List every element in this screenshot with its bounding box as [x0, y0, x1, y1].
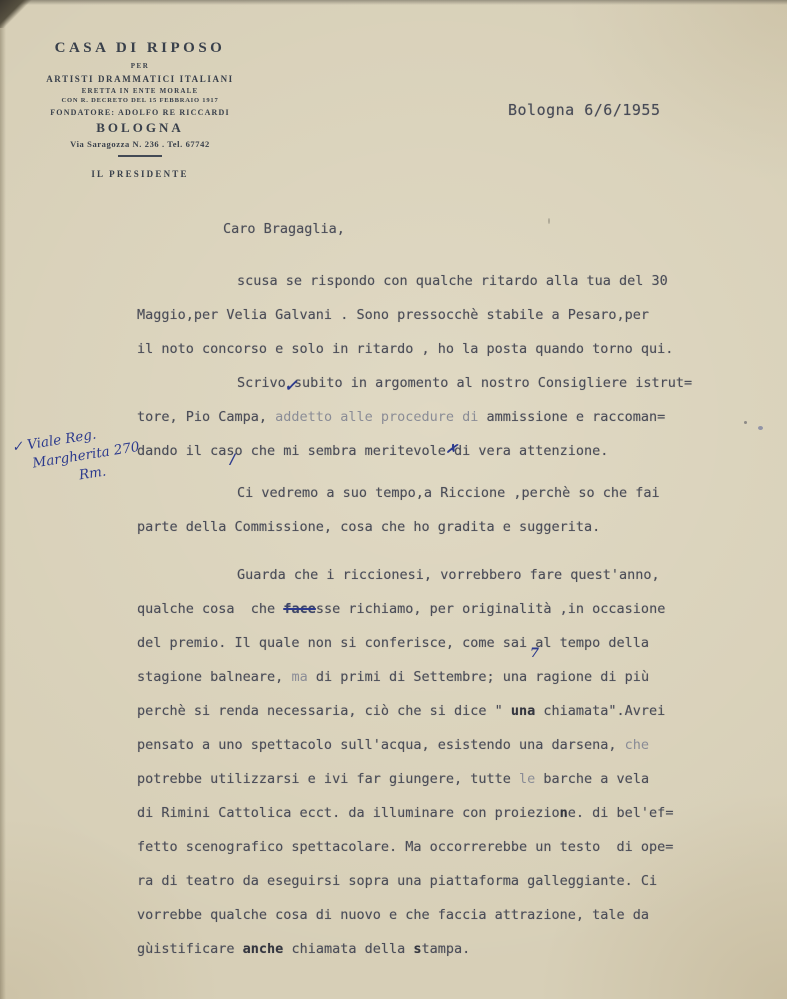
typewritten-line: tore, Pio Campa, addetto alle procedure … — [137, 400, 782, 434]
text-segment: ma — [291, 669, 307, 685]
letterhead-per: PER — [36, 62, 244, 70]
handwritten-insert-mark: ✓ — [284, 376, 297, 395]
typewritten-line: perchè si renda necessaria, ciò che si d… — [137, 694, 782, 728]
text-segment: il noto concorso e solo in ritardo , ho … — [137, 341, 673, 357]
letter-page: CASA DI RIPOSO PER ARTISTI DRAMMATICI IT… — [0, 0, 787, 999]
typewritten-line: stagione balneare, ma di primi di Settem… — [137, 660, 782, 694]
paragraph: Ci vedremo a suo tempo,a Riccione ,perch… — [137, 476, 782, 544]
typewritten-line: gùistificare anche chiamata della stampa… — [137, 932, 782, 966]
paragraph: scusa se rispondo con qualche ritardo al… — [137, 264, 782, 366]
salutation: Caro Bragaglia, — [137, 212, 782, 246]
handwritten-comma-mark: / — [230, 452, 235, 468]
text-segment: chiamata della — [283, 941, 413, 957]
text-segment: ammissione e raccoman= — [478, 409, 665, 425]
letterhead-address: Via Saragozza N. 236 . Tel. 67742 — [36, 139, 244, 149]
text-segment: gùistificare — [137, 941, 243, 957]
text-segment: addetto alle procedure di — [275, 409, 478, 425]
text-segment: pensato a uno spettacolo sull'acqua, esi… — [137, 737, 625, 753]
handwritten-comma-mark: 7 — [530, 646, 539, 661]
letterhead-decreto: CON R. DECRETO DEL 15 FEBBRAIO 1917 — [36, 97, 244, 104]
typewritten-line: parte della Commissione, cosa che ho gra… — [137, 510, 782, 544]
typewritten-line: fetto scenografico spettacolare. Ma occo… — [137, 830, 782, 864]
text-segment: vorrebbe qualche cosa di nuovo e che fac… — [137, 907, 649, 923]
letter-date: Bologna 6/6/1955 — [508, 101, 661, 119]
typewritten-line: qualche cosa che facesse richiamo, per o… — [137, 592, 782, 626]
typewritten-line: Scrivo subito in argomento al nostro Con… — [137, 366, 782, 400]
text-segment: e. di bel'ef= — [568, 805, 674, 821]
text-segment: scusa se rispondo con qualche ritardo al… — [237, 273, 668, 289]
text-segment: dando il caso che mi sembra meritevole d… — [137, 443, 608, 459]
text-segment: chiamata".Avrei — [535, 703, 665, 719]
letterhead-organization: ARTISTI DRAMMATICI ITALIANI — [36, 74, 244, 84]
typewritten-line: scusa se rispondo con qualche ritardo al… — [137, 264, 782, 298]
text-segment: Guarda che i riccionesi, vorrebbero fare… — [237, 567, 660, 583]
text-segment: sse richiamo, per originalità ,in occasi… — [316, 601, 666, 617]
text-segment: che — [625, 737, 649, 753]
letterhead: CASA DI RIPOSO PER ARTISTI DRAMMATICI IT… — [36, 40, 244, 179]
text-segment: perchè si renda necessaria, ciò che si d… — [137, 703, 511, 719]
text-segment: potrebbe utilizzarsi e ivi far giungere,… — [137, 771, 519, 787]
paragraph: Guarda che i riccionesi, vorrebbero fare… — [137, 558, 782, 966]
letterhead-title: CASA DI RIPOSO — [36, 40, 244, 57]
letterhead-role: IL PRESIDENTE — [36, 169, 244, 179]
text-segment: barche a vela — [535, 771, 649, 787]
text-segment: ra di teatro da eseguirsi sopra una piat… — [137, 873, 657, 889]
typewritten-line: di Rimini Cattolica ecct. da illuminare … — [137, 796, 782, 830]
letterhead-city: BOLOGNA — [36, 120, 244, 136]
text-segment: Maggio,per Velia Galvani . Sono pressocc… — [137, 307, 649, 323]
letterhead-divider — [118, 155, 162, 157]
typewritten-line: Ci vedremo a suo tempo,a Riccione ,perch… — [137, 476, 782, 510]
typewritten-line: pensato a uno spettacolo sull'acqua, esi… — [137, 728, 782, 762]
typewritten-line: potrebbe utilizzarsi e ivi far giungere,… — [137, 762, 782, 796]
text-segment: stagione balneare, — [137, 669, 291, 685]
typewritten-line: del premio. Il quale non si conferisce, … — [137, 626, 782, 660]
text-segment: del premio. Il quale non si conferisce, … — [137, 635, 649, 651]
letterhead-eretta: ERETTA IN ENTE MORALE — [36, 87, 244, 95]
text-segment: s — [413, 941, 421, 957]
text-segment: parte della Commissione, cosa che ho gra… — [137, 519, 600, 535]
typewritten-line: vorrebbe qualche cosa di nuovo e che fac… — [137, 898, 782, 932]
text-segment: Ci vedremo a suo tempo,a Riccione ,perch… — [237, 485, 660, 501]
typewritten-line: ra di teatro da eseguirsi sopra una piat… — [137, 864, 782, 898]
text-segment: le — [519, 771, 535, 787]
typewritten-line: Guarda che i riccionesi, vorrebbero fare… — [137, 558, 782, 592]
handwritten-x-mark: ✗ — [445, 441, 458, 457]
letter-body: Caro Bragaglia, scusa se rispondo con qu… — [137, 212, 782, 966]
text-segment: anche — [243, 941, 284, 957]
text-segment: tampa. — [422, 941, 471, 957]
text-segment: una — [511, 703, 535, 719]
letterhead-fondatore: FONDATORE: ADOLFO RE RICCARDI — [36, 108, 244, 117]
text-segment: fetto scenografico spettacolare. Ma occo… — [137, 839, 673, 855]
typewritten-line: Maggio,per Velia Galvani . Sono pressocc… — [137, 298, 782, 332]
text-segment: Scrivo subito in argomento al nostro Con… — [237, 375, 692, 391]
text-segment: di Rimini Cattolica ecct. da illuminare … — [137, 805, 560, 821]
typewritten-line: il noto concorso e solo in ritardo , ho … — [137, 332, 782, 366]
text-segment: di primi di Settembre; una ragione di pi… — [308, 669, 649, 685]
text-segment: face — [283, 601, 316, 617]
text-segment: n — [560, 805, 568, 821]
scan-corner-shadow — [0, 0, 34, 28]
text-segment: qualche cosa che — [137, 601, 283, 617]
